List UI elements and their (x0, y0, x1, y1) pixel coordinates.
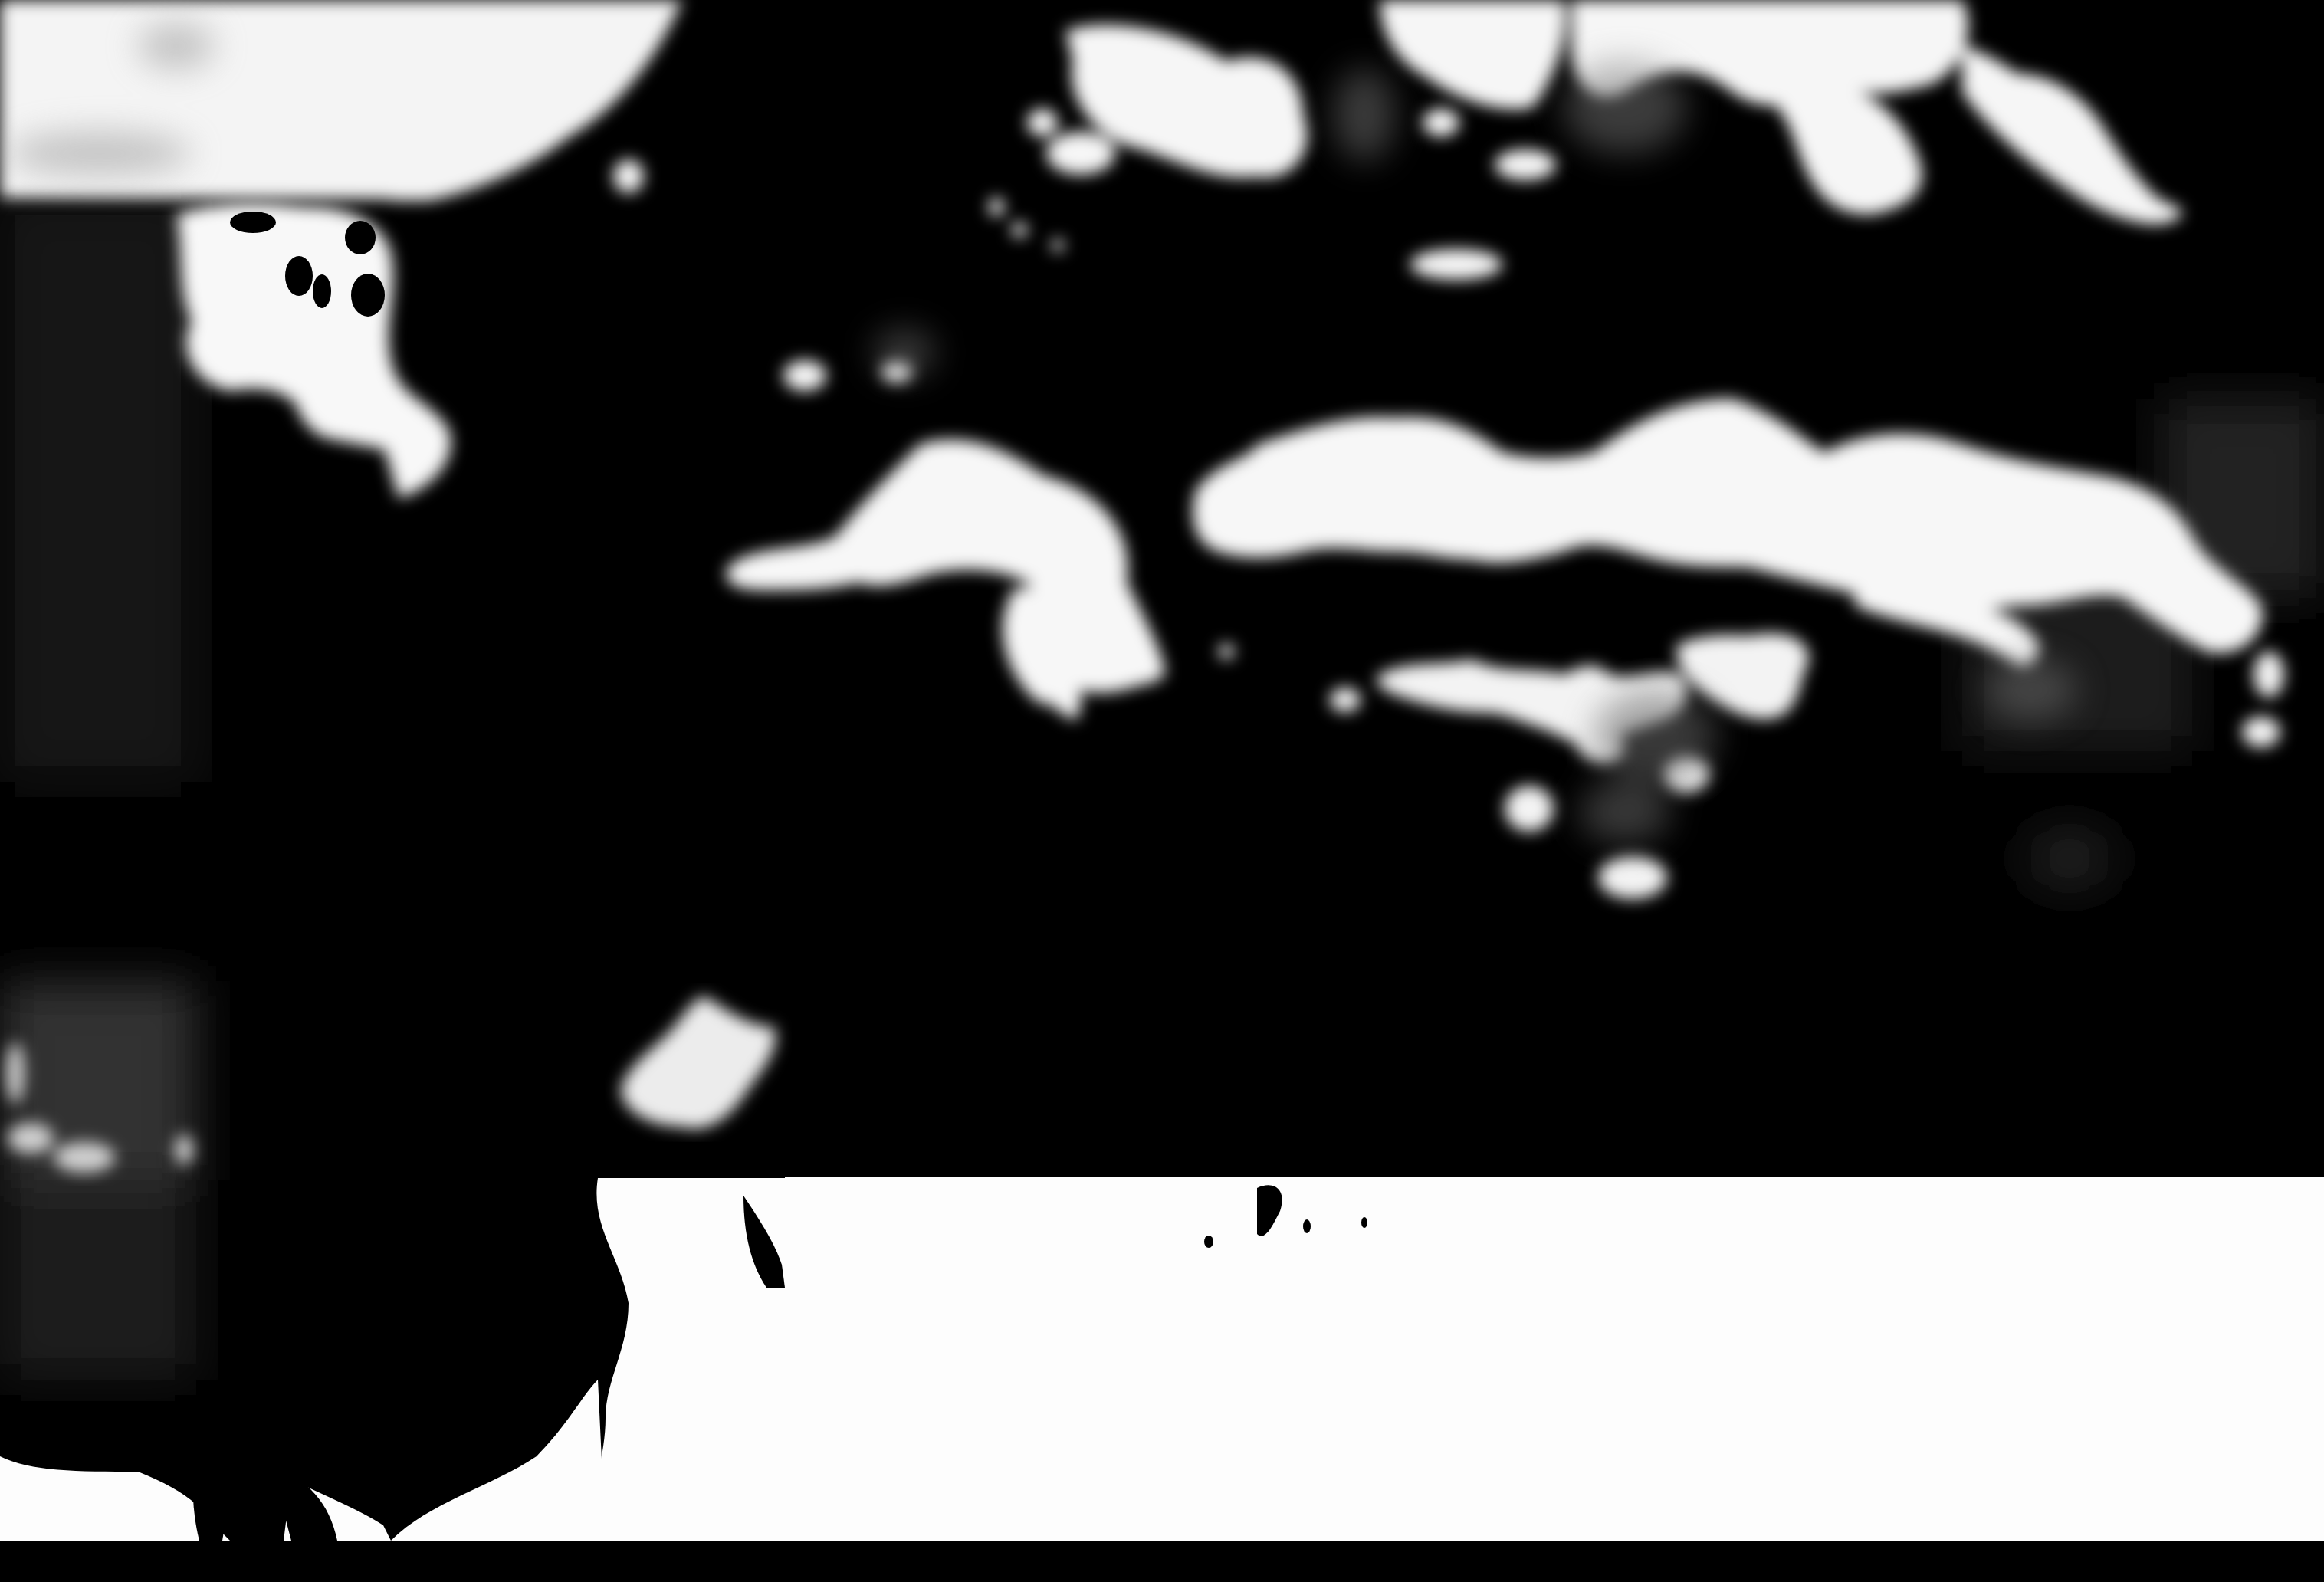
cloud-mask-image: Tiled grayscale mask; white regions indi… (0, 0, 2324, 1582)
bottom-black-strip (0, 1541, 2324, 1582)
cloud-mask-canvas (0, 0, 2324, 1582)
